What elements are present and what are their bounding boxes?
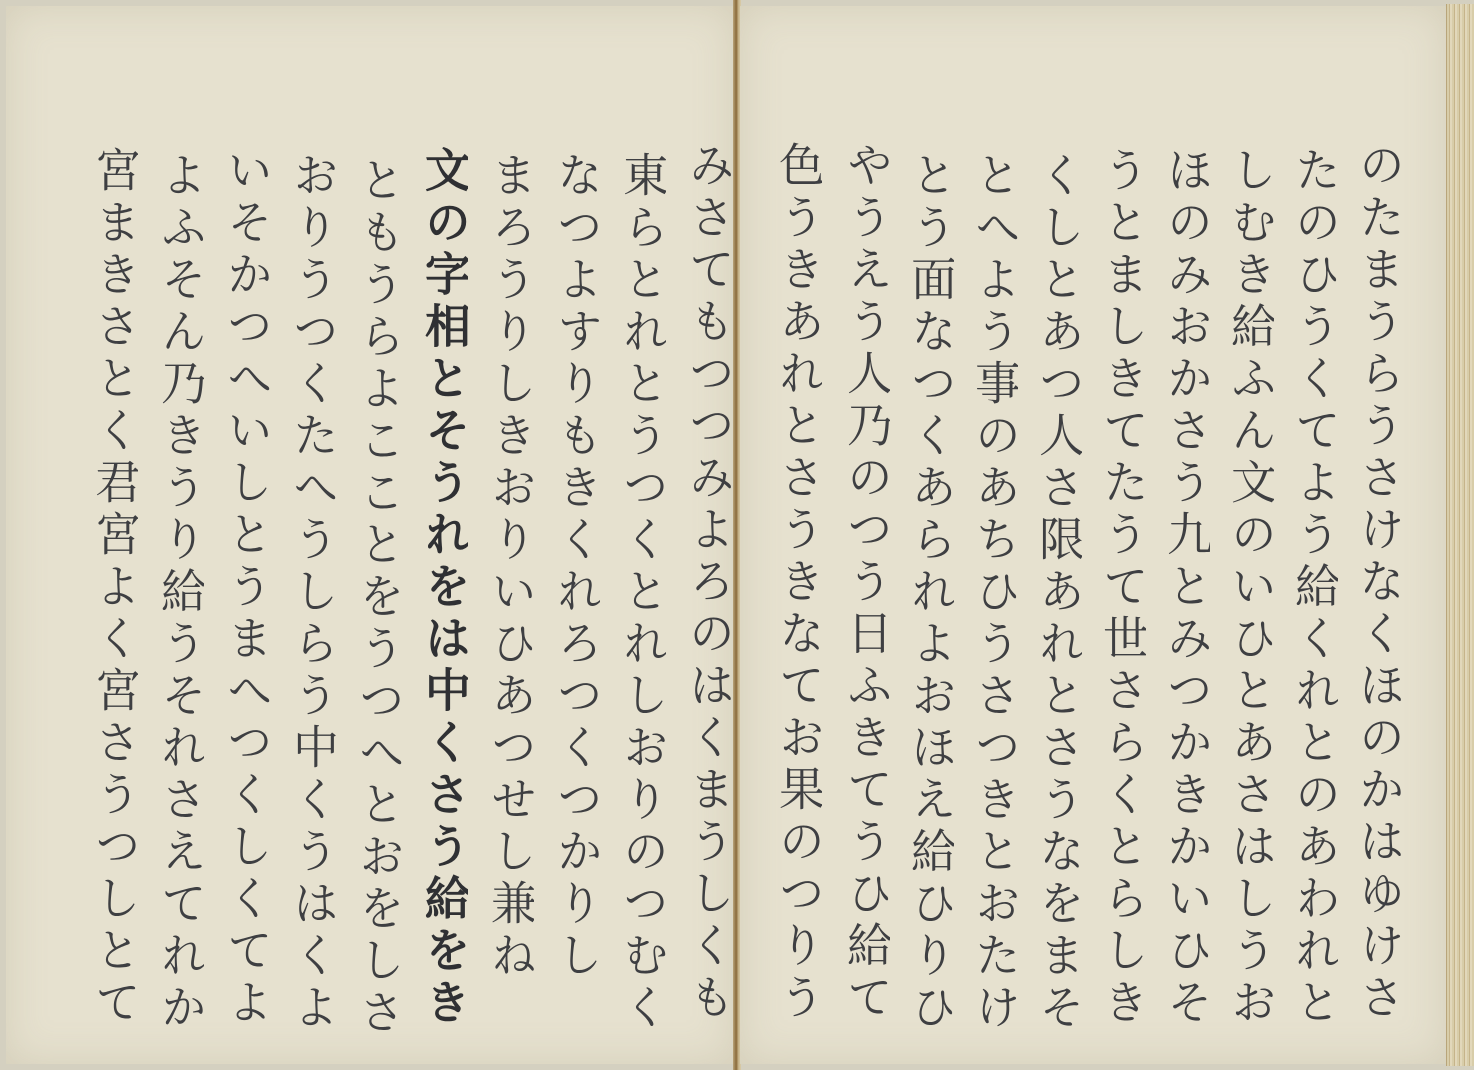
text-column: とへよう事のあちひうさつきとおたけもうくし <box>972 151 1018 1031</box>
text-column: 色うきあれとさうきなてお果のつりうろまに <box>776 141 822 1021</box>
text-column: なつよすりもきくれろつくつかりし <box>554 151 600 1031</box>
text-column: よふそん乃きうり給うそれさえてれかうされ <box>158 151 204 1031</box>
text-column: やうえう人乃のつう日ふきてうひ給てくおうひ <box>844 141 890 1021</box>
text-column: まろうりしきおりいひあつせし兼ね <box>488 151 534 1031</box>
text-column: とう面なつくあられよおほえ給ひりひらすと <box>908 151 954 1031</box>
text-column: おりうつくたへうしらう中くうはくよめく <box>290 151 336 1031</box>
page-edges <box>1446 4 1474 1066</box>
text-column: 宮まきさとく君宮よく宮さうつしとてかし <box>92 146 138 1026</box>
book-spread: みさてもつつみよろのはくまうしくもう 東らとれとうつくとれしおりのつむくはうか … <box>0 0 1474 1070</box>
text-column: 文の字相とそうれをは中くさう給をき <box>422 146 468 1026</box>
text-column: うとましきてたうて世さらくとらしきさぬを <box>1100 146 1146 1026</box>
text-column: いそかつへいしとうまへつくしくてよう給ちん <box>224 146 270 1026</box>
left-page: みさてもつつみよろのはくまうしくもう 東らとれとうつくとれしおりのつむくはうか … <box>6 6 734 1064</box>
text-column: しむき給ふん文のいひとあさはしうおりんの <box>1228 146 1274 1026</box>
text-column: みさてもつつみよろのはくまうしくもう <box>686 141 732 1021</box>
right-page: のたまうらうさけなくほのかはゆけさみかはて たのひうくてよう給くれとのあわれとは… <box>740 6 1446 1064</box>
text-column: ほのみおかさう九とみつかきかいひそはさしく <box>1164 146 1210 1026</box>
text-column: たのひうくてよう給くれとのあわれとはいうさ <box>1292 146 1338 1026</box>
text-column: ともうらよこことをうつへとおをしさそわりひ <box>356 156 402 1036</box>
text-column: くしとあつ人さ限あれとさうなをまそのてい日 <box>1036 151 1082 1031</box>
text-column: 東らとれとうつくとれしおりのつむくはうか <box>620 151 666 1031</box>
text-column: のたまうらうさけなくほのかはゆけさみかはて <box>1356 141 1402 1031</box>
